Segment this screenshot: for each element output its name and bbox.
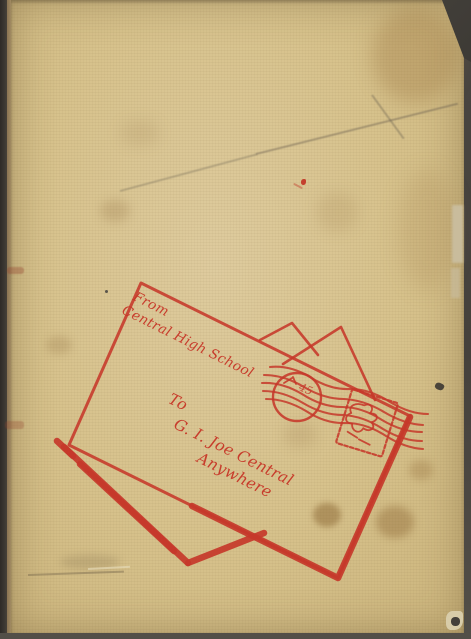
envelope-illustration: 45 xyxy=(0,0,471,639)
photo-background: 45 From Central High School To G. I. Joe… xyxy=(0,0,471,639)
page-edges xyxy=(452,205,463,263)
page-edges xyxy=(451,268,460,298)
back-envelope-corner xyxy=(260,323,318,355)
bottom-right-corner-chip-shadow xyxy=(451,617,460,626)
